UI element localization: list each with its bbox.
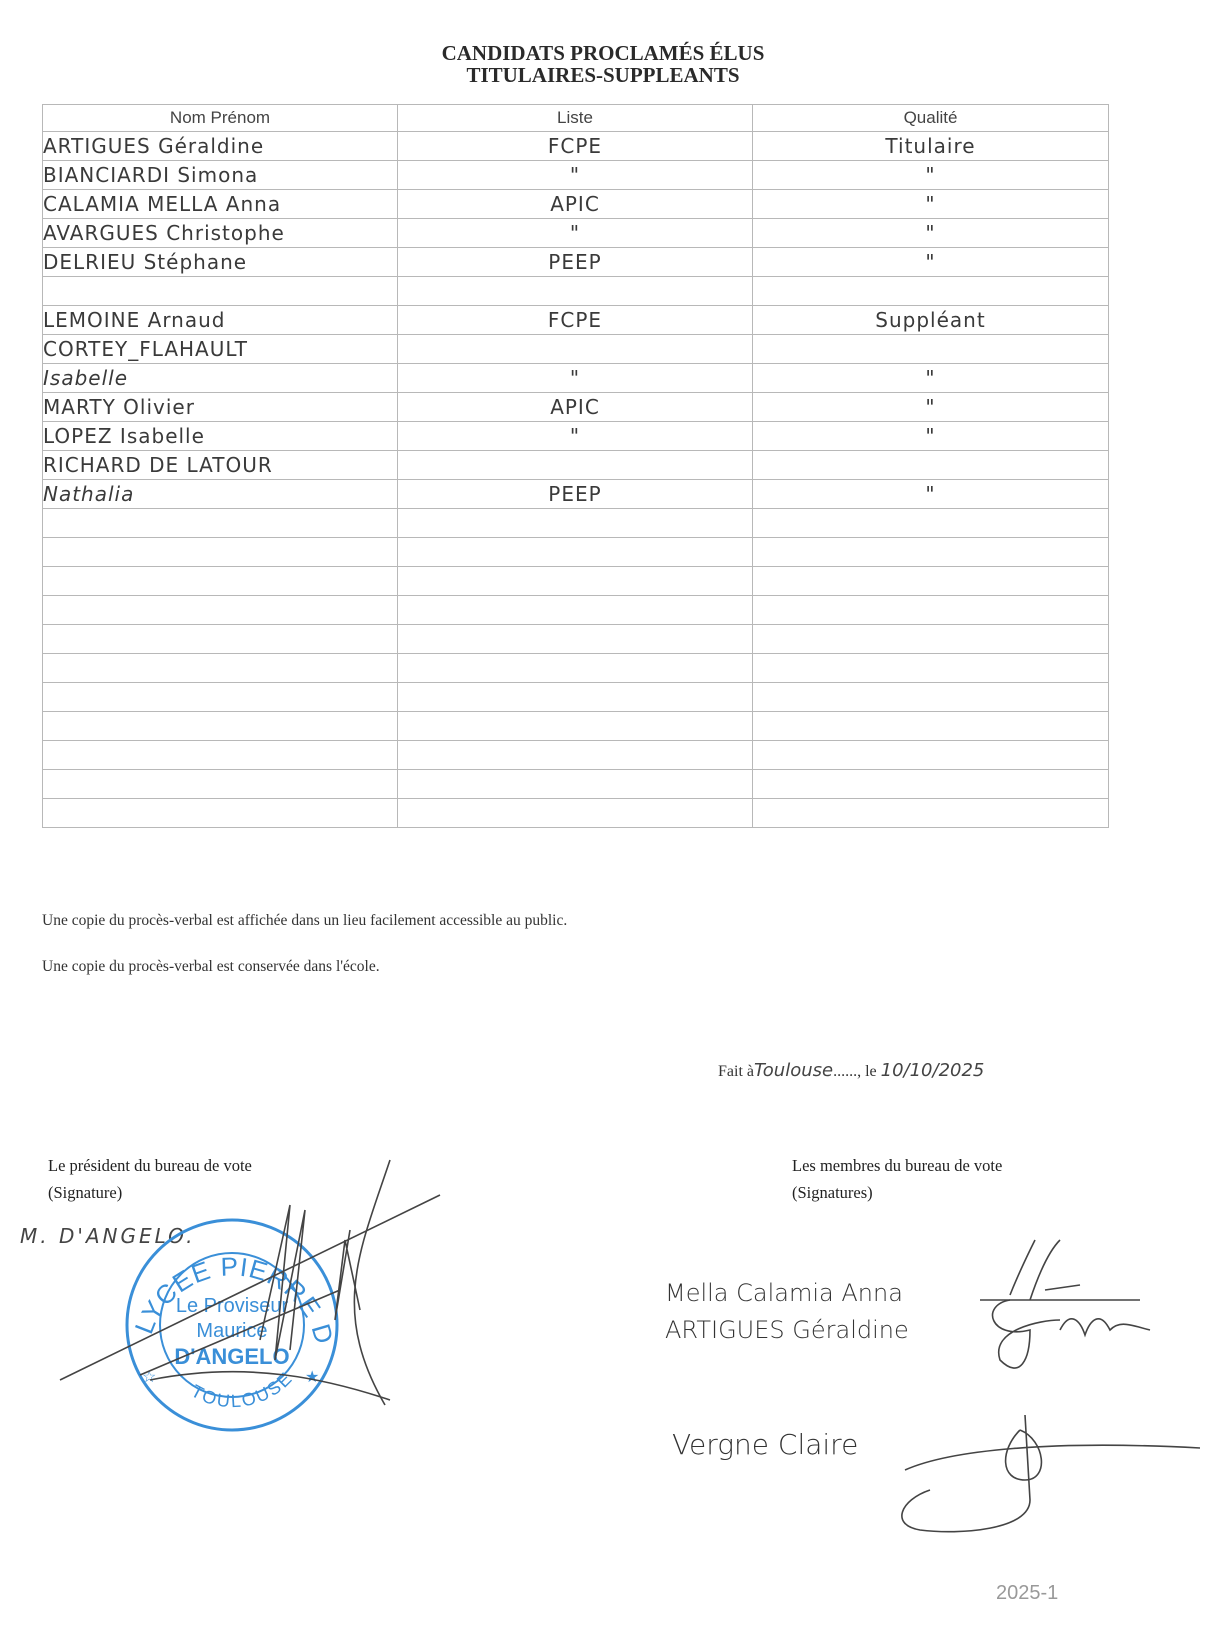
title-line-2: TITULAIRES-SUPPLEANTS bbox=[0, 64, 1206, 86]
table-row bbox=[43, 596, 1109, 625]
president-label: Le président du bureau de vote bbox=[48, 1152, 252, 1179]
cell-name: MARTY Olivier bbox=[43, 393, 398, 422]
cell-quality bbox=[753, 451, 1109, 480]
table-row: RICHARD DE LATOUR bbox=[43, 451, 1109, 480]
cell-name: Nathalia bbox=[43, 480, 398, 509]
cell-list bbox=[398, 625, 753, 654]
cell-quality bbox=[753, 683, 1109, 712]
cell-quality bbox=[753, 567, 1109, 596]
cell-quality bbox=[753, 741, 1109, 770]
cell-list bbox=[398, 654, 753, 683]
cell-name bbox=[43, 567, 398, 596]
table-row: BIANCIARDI Simona"" bbox=[43, 161, 1109, 190]
cell-quality bbox=[753, 509, 1109, 538]
table-header-row: Nom Prénom Liste Qualité bbox=[43, 105, 1109, 132]
cell-name: DELRIEU Stéphane bbox=[43, 248, 398, 277]
cell-list: PEEP bbox=[398, 248, 753, 277]
table-row: ARTIGUES GéraldineFCPETitulaire bbox=[43, 132, 1109, 161]
cell-quality bbox=[753, 596, 1109, 625]
table-row: Isabelle"" bbox=[43, 364, 1109, 393]
cell-list: " bbox=[398, 161, 753, 190]
cell-quality: " bbox=[753, 480, 1109, 509]
cell-name: RICHARD DE LATOUR bbox=[43, 451, 398, 480]
cell-name bbox=[43, 625, 398, 654]
cell-quality: " bbox=[753, 393, 1109, 422]
date-value: 10/10/2025 bbox=[881, 1060, 985, 1081]
cell-list: APIC bbox=[398, 393, 753, 422]
table-row bbox=[43, 683, 1109, 712]
header-list: Liste bbox=[398, 105, 753, 132]
svg-text:★: ★ bbox=[305, 1369, 319, 1386]
cell-quality bbox=[753, 335, 1109, 364]
cell-quality bbox=[753, 625, 1109, 654]
cell-name: BIANCIARDI Simona bbox=[43, 161, 398, 190]
cell-list bbox=[398, 596, 753, 625]
cell-list bbox=[398, 538, 753, 567]
cell-list bbox=[398, 335, 753, 364]
cell-quality: " bbox=[753, 364, 1109, 393]
member-name-1: Mella Calamia Anna bbox=[665, 1275, 909, 1312]
svg-text:TOULOUSE: TOULOUSE bbox=[188, 1367, 297, 1411]
table-row: LEMOINE ArnaudFCPESuppléant bbox=[43, 306, 1109, 335]
cell-list: " bbox=[398, 219, 753, 248]
school-stamp: LYCEE PIERRE DE FERMAT TOULOUSE Le Provi… bbox=[120, 1210, 345, 1435]
cell-quality bbox=[753, 277, 1109, 306]
members-label: Les membres du bureau de vote bbox=[792, 1152, 1002, 1179]
cell-list bbox=[398, 451, 753, 480]
cell-quality: " bbox=[753, 248, 1109, 277]
cell-list: " bbox=[398, 422, 753, 451]
table-row: NathaliaPEEP" bbox=[43, 480, 1109, 509]
cell-list bbox=[398, 799, 753, 828]
cell-quality bbox=[753, 799, 1109, 828]
cell-quality: " bbox=[753, 161, 1109, 190]
cell-list: " bbox=[398, 364, 753, 393]
table-row bbox=[43, 654, 1109, 683]
members-sublabel: (Signatures) bbox=[792, 1179, 1002, 1206]
cell-list: PEEP bbox=[398, 480, 753, 509]
cell-name bbox=[43, 509, 398, 538]
cell-name: LOPEZ Isabelle bbox=[43, 422, 398, 451]
president-signature-block: Le président du bureau de vote (Signatur… bbox=[48, 1152, 252, 1206]
header-quality: Qualité bbox=[753, 105, 1109, 132]
cell-name bbox=[43, 654, 398, 683]
cell-name: AVARGUES Christophe bbox=[43, 219, 398, 248]
cell-quality: " bbox=[753, 422, 1109, 451]
cell-list bbox=[398, 509, 753, 538]
table-row bbox=[43, 567, 1109, 596]
cell-name bbox=[43, 538, 398, 567]
table-row: DELRIEU StéphanePEEP" bbox=[43, 248, 1109, 277]
cell-name bbox=[43, 799, 398, 828]
cell-list bbox=[398, 683, 753, 712]
note-copy-kept: Une copie du procès-verbal est conservée… bbox=[42, 958, 380, 976]
table-row: AVARGUES Christophe"" bbox=[43, 219, 1109, 248]
document-code: 2025-1 bbox=[996, 1582, 1058, 1605]
svg-text:☆: ☆ bbox=[142, 1369, 156, 1386]
cell-quality: Suppléant bbox=[753, 306, 1109, 335]
cell-list: APIC bbox=[398, 190, 753, 219]
table-row: CORTEY_FLAHAULT bbox=[43, 335, 1109, 364]
cell-list bbox=[398, 741, 753, 770]
title-line-1: CANDIDATS PROCLAMÉS ÉLUS bbox=[0, 42, 1206, 64]
cell-list: FCPE bbox=[398, 306, 753, 335]
header-name: Nom Prénom bbox=[43, 105, 398, 132]
svg-text:D'ANGELO: D'ANGELO bbox=[174, 1344, 289, 1369]
cell-name: LEMOINE Arnaud bbox=[43, 306, 398, 335]
date-separator: , le bbox=[857, 1063, 881, 1080]
table-row bbox=[43, 770, 1109, 799]
elected-candidates-table: Nom Prénom Liste Qualité ARTIGUES Gérald… bbox=[42, 104, 1109, 828]
president-sublabel: (Signature) bbox=[48, 1179, 252, 1206]
cell-name: CORTEY_FLAHAULT bbox=[43, 335, 398, 364]
cell-name bbox=[43, 277, 398, 306]
cell-name bbox=[43, 770, 398, 799]
svg-text:Le Proviseur: Le Proviseur bbox=[176, 1295, 289, 1317]
cell-name: CALAMIA MELLA Anna bbox=[43, 190, 398, 219]
place-dots: ...... bbox=[833, 1063, 857, 1080]
cell-list bbox=[398, 567, 753, 596]
table-row bbox=[43, 712, 1109, 741]
cell-name bbox=[43, 683, 398, 712]
place-value: Toulouse bbox=[754, 1060, 833, 1081]
table-row bbox=[43, 799, 1109, 828]
member-name-3: Vergne Claire bbox=[672, 1428, 858, 1461]
members-names: Mella Calamia Anna ARTIGUES Géraldine bbox=[665, 1275, 909, 1349]
cell-quality bbox=[753, 770, 1109, 799]
table-row bbox=[43, 538, 1109, 567]
cell-name: ARTIGUES Géraldine bbox=[43, 132, 398, 161]
cell-name bbox=[43, 596, 398, 625]
cell-quality: Titulaire bbox=[753, 132, 1109, 161]
cell-list: FCPE bbox=[398, 132, 753, 161]
table-row bbox=[43, 509, 1109, 538]
cell-quality bbox=[753, 654, 1109, 683]
note-copy-displayed: Une copie du procès-verbal est affichée … bbox=[42, 912, 567, 930]
place-date-line: Fait àToulouse......, le 10/10/2025 bbox=[718, 1060, 984, 1081]
table-row bbox=[43, 277, 1109, 306]
cell-name bbox=[43, 712, 398, 741]
member-name-2: ARTIGUES Géraldine bbox=[665, 1312, 909, 1349]
table-row bbox=[43, 625, 1109, 654]
cell-quality: " bbox=[753, 190, 1109, 219]
cell-name: Isabelle bbox=[43, 364, 398, 393]
cell-quality: " bbox=[753, 219, 1109, 248]
table-row: CALAMIA MELLA AnnaAPIC" bbox=[43, 190, 1109, 219]
table-row: LOPEZ Isabelle"" bbox=[43, 422, 1109, 451]
cell-quality bbox=[753, 712, 1109, 741]
cell-name bbox=[43, 741, 398, 770]
table-row: MARTY OlivierAPIC" bbox=[43, 393, 1109, 422]
svg-text:Maurice: Maurice bbox=[196, 1320, 267, 1342]
place-prefix: Fait à bbox=[718, 1063, 754, 1080]
cell-list bbox=[398, 712, 753, 741]
cell-quality bbox=[753, 538, 1109, 567]
cell-list bbox=[398, 277, 753, 306]
table-row bbox=[43, 741, 1109, 770]
document-title: CANDIDATS PROCLAMÉS ÉLUS TITULAIRES-SUPP… bbox=[0, 42, 1206, 86]
cell-list bbox=[398, 770, 753, 799]
members-signature-block: Les membres du bureau de vote (Signature… bbox=[792, 1152, 1002, 1206]
